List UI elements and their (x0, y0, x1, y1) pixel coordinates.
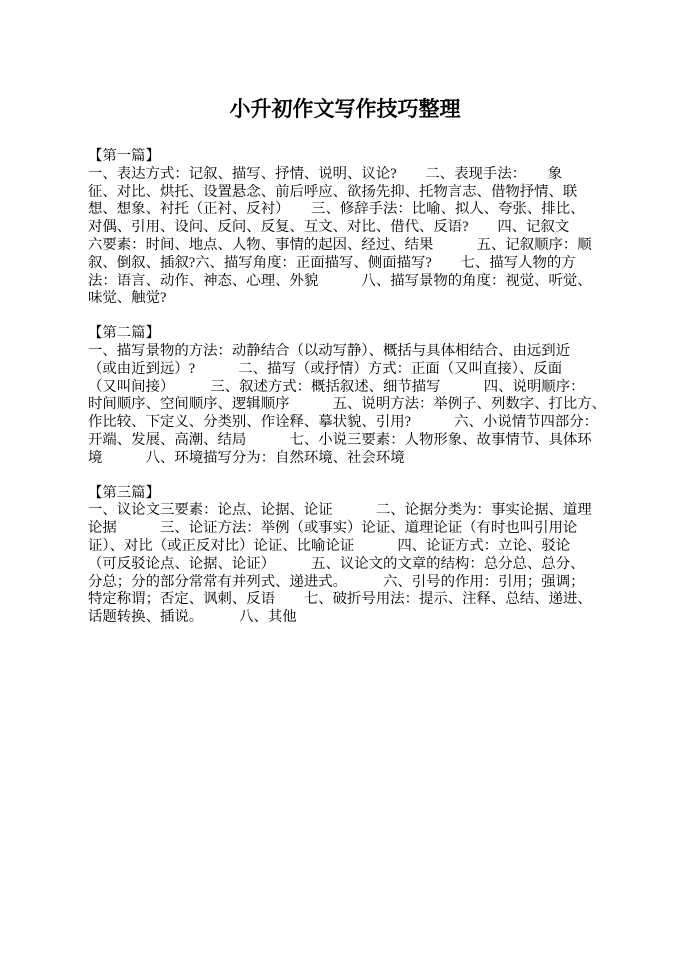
text-line: 一、表达方式：记叙、描写、抒情、说明、议论? 二、表现手法： 象 (88, 166, 608, 184)
text-line: 味觉、触觉? (88, 290, 608, 308)
section-header: 【第二篇】 (88, 325, 608, 343)
text-line: 法：语言、动作、神态、心理、外貌 八、描写景物的角度：视觉、听觉、 (88, 273, 608, 291)
text-line: （可反驳论点、论据、论证） 五、议论文的文章的结构：总分总、总分、 (88, 556, 608, 574)
section-3: 【第三篇】 一、议论文三要素：论点、论据、论证 二、论据分类为：事实论据、道理 … (88, 485, 608, 627)
section-1: 【第一篇】 一、表达方式：记叙、描写、抒情、说明、议论? 二、表现手法： 象 征… (88, 148, 608, 308)
text-line: 对偶、引用、设问、反问、反复、互文、对比、借代、反语? 四、记叙文 (88, 219, 608, 237)
document-body: 【第一篇】 一、表达方式：记叙、描写、抒情、说明、议论? 二、表现手法： 象 征… (88, 148, 608, 627)
document-page: 小升初作文写作技巧整理 【第一篇】 一、表达方式：记叙、描写、抒情、说明、议论?… (0, 0, 690, 976)
text-line: 六要素：时间、地点、人物、事情的起因、经过、结果 五、记叙顺序：顺 (88, 237, 608, 255)
section-header: 【第三篇】 (88, 485, 608, 503)
text-line: 开端、发展、高潮、结局 七、小说三要素：人物形象、故事情节、具体环 (88, 432, 608, 450)
section-2: 【第二篇】 一、描写景物的方法：动静结合（以动写静）、概括与具体相结合、由远到近… (88, 325, 608, 467)
text-line: 时间顺序、空间顺序、逻辑顺序 五、说明方法：举例子、列数字、打比方、 (88, 396, 608, 414)
text-line: 叙、倒叙、插叙?六、描写角度：正面描写、侧面描写? 七、描写人物的方 (88, 255, 608, 273)
text-line: 境 八、环境描写分为：自然环境、社会环境 (88, 450, 608, 468)
page-title: 小升初作文写作技巧整理 (0, 0, 690, 122)
text-line: 征、对比、烘托、设置悬念、前后呼应、欲扬先抑、托物言志、借物抒情、联 (88, 184, 608, 202)
text-line: 论据 三、论证方法：举例（或事实）论证、道理论证（有时也叫引用论 (88, 520, 608, 538)
text-line: 一、议论文三要素：论点、论据、论证 二、论据分类为：事实论据、道理 (88, 502, 608, 520)
text-line: 一、描写景物的方法：动静结合（以动写静）、概括与具体相结合、由远到近 (88, 343, 608, 361)
text-line: 证）、对比（或正反对比）论证、比喻论证 四、论证方式：立论、驳论 (88, 538, 608, 556)
section-header: 【第一篇】 (88, 148, 608, 166)
text-line: 话题转换、插说。 八、其他 (88, 609, 608, 627)
text-line: 想、想象、衬托（正衬、反衬） 三、修辞手法：比喻、拟人、夸张、排比、 (88, 201, 608, 219)
text-line: 作比较、下定义、分类别、作诠释、摹状貌、引用? 六、小说情节四部分： (88, 414, 608, 432)
text-line: （又叫间接） 三、叙述方式：概括叙述、细节描写 四、说明顺序： (88, 379, 608, 397)
text-line: （或由近到远）? 二、描写（或抒情）方式：正面（又叫直接）、反面 (88, 361, 608, 379)
text-line: 分总；分的部分常常有并列式、递进式。 六、引号的作用：引用；强调； (88, 574, 608, 592)
text-line: 特定称谓；否定、讽刺、反语 七、破折号用法：提示、注释、总结、递进、 (88, 591, 608, 609)
